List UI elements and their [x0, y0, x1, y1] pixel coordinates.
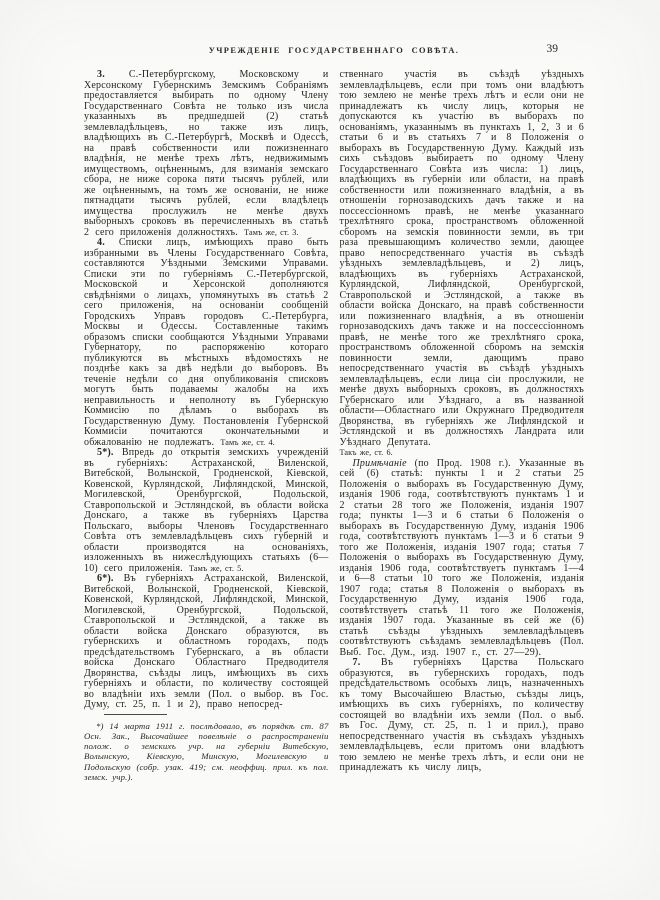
- note-label: Примѣчаніе: [353, 458, 407, 469]
- footnote-block: *) 14 марта 1911 г. послѣдовало, въ поря…: [84, 714, 329, 782]
- article-6-paragraph: 6*). Въ губерніяхъ Астраханской, Виленск…: [84, 574, 329, 711]
- note-text: (по Прод. 1908 г.). Указанные въ сей (6)…: [340, 458, 585, 658]
- article-5-source-ref: Тамъ же, ст. 5.: [189, 564, 244, 573]
- article-3-number: 3.: [97, 69, 105, 80]
- article-6-continuation-text: ственнаго участія въ съѣздѣ уѣздныхъ зем…: [340, 69, 585, 448]
- article-4-number: 4.: [97, 237, 105, 248]
- article-7-paragraph: 7. Въ губерніяхъ Царства Польскаго образ…: [340, 658, 585, 774]
- note-paragraph: Примѣчаніе (по Прод. 1908 г.). Указанные…: [340, 459, 585, 659]
- page-text-block: УЧРЕЖДЕНІЕ ГОСУДАРСТВЕННАГО СОВѢТА. 39 3…: [84, 46, 584, 782]
- article-5-number: 5*).: [97, 447, 114, 458]
- two-column-body: 3. С.-Петербургскому, Московскому и Херс…: [84, 70, 584, 782]
- article-3-source-ref: Тамъ же, ст. 3.: [244, 228, 299, 237]
- article-4-source-ref: Тамъ же, ст. 4.: [220, 438, 275, 447]
- article-4-paragraph: 4. Списки лицъ, имѣющихъ право быть избр…: [84, 238, 329, 448]
- footnote-separator-rule: [104, 714, 167, 715]
- article-7-text: Въ губерніяхъ Царства Польскаго образуют…: [340, 657, 585, 773]
- article-4-text: Списки лицъ, имѣющихъ право быть избранн…: [84, 237, 329, 448]
- left-column-paragraphs: 3. С.-Петербургскому, Московскому и Херс…: [84, 70, 329, 711]
- right-column: ственнаго участія въ съѣздѣ уѣздныхъ зем…: [340, 70, 585, 782]
- article-6-number: 6*).: [97, 573, 114, 584]
- running-header: УЧРЕЖДЕНІЕ ГОСУДАРСТВЕННАГО СОВѢТА. 39: [84, 46, 584, 59]
- article-3-text: С.-Петербургскому, Московскому и Херсонс…: [84, 69, 329, 238]
- footnote-text: *) 14 марта 1911 г. послѣдовало, въ поря…: [84, 721, 329, 782]
- article-6-text: Въ губерніяхъ Астраханской, Виленской, В…: [84, 573, 329, 710]
- article-3-paragraph: 3. С.-Петербургскому, Московскому и Херс…: [84, 70, 329, 238]
- article-5-paragraph: 5*). Впредь до открытія земскихъ учрежде…: [84, 448, 329, 574]
- left-column: 3. С.-Петербургскому, Московскому и Херс…: [84, 70, 329, 782]
- page-number: 39: [547, 43, 559, 55]
- article-6-continuation: ственнаго участія въ съѣздѣ уѣздныхъ зем…: [340, 70, 585, 448]
- running-header-title: УЧРЕЖДЕНІЕ ГОСУДАРСТВЕННАГО СОВѢТА.: [84, 46, 584, 55]
- scanned-book-page: УЧРЕЖДЕНІЕ ГОСУДАРСТВЕННАГО СОВѢТА. 39 3…: [0, 0, 660, 900]
- article-5-text: Впредь до открытія земскихъ учрежденій в…: [84, 447, 329, 574]
- article-7-number: 7.: [353, 657, 361, 668]
